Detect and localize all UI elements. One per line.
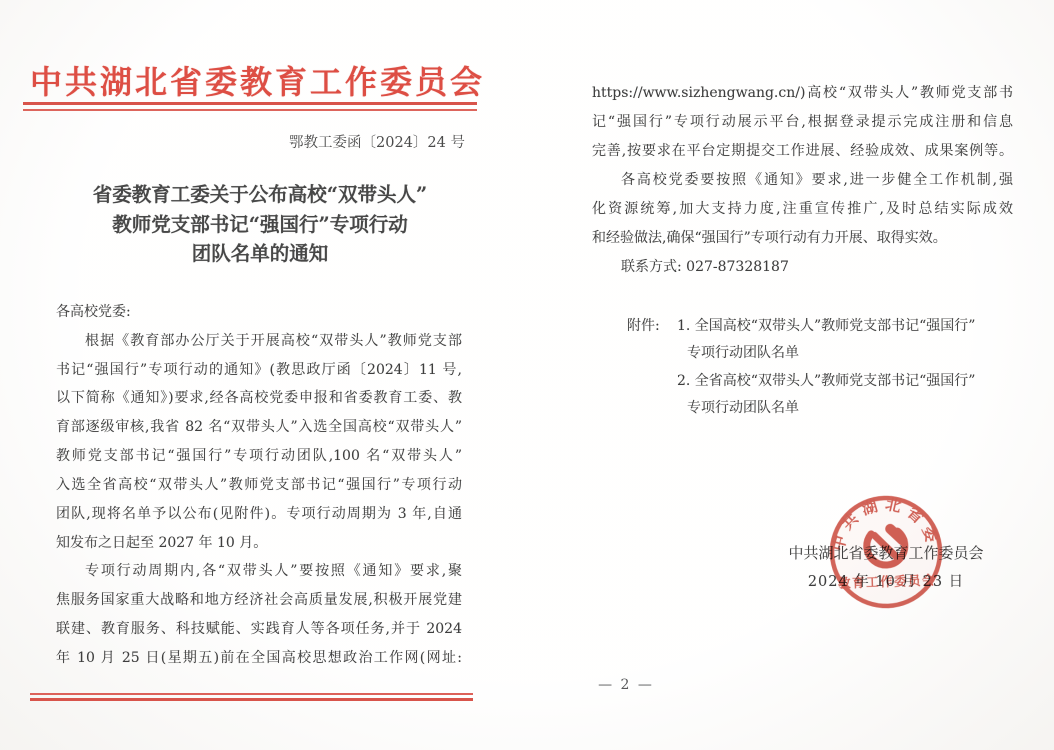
document-title: 省委教育工委关于公布高校“双带头人” 教师党支部书记“强国行”专项行动 团队名单… [45,180,475,269]
body-line: 书记“强国行”专项行动的通知》(教思政厅函〔2024〕11 号, [56,356,462,385]
contact-line: 联系方式: 027-87328187 [592,253,1013,282]
page1-body: 各高校党委: 根据《教育部办公厅关于开展高校“双带头人”教师党支部 书记“强国行… [56,298,462,673]
body-line: https://www.sizhengwang.cn/)高校“双带头人”教师党支… [592,79,1013,108]
body-line: 完善,按要求在平台定期提交工作进展、经验成效、成果案例等。 [592,137,1013,166]
page2-body: https://www.sizhengwang.cn/)高校“双带头人”教师党支… [592,79,1013,282]
body-line: 专项行动周期内,各“双带头人”要按照《通知》要求,聚 [56,557,462,586]
body-line: 团队,现将名单予以公布(见附件)。专项行动周期为 3 年,自通 [56,500,462,529]
body-line: 和经验做法,确保“强国行”专项行动有力开展、取得实效。 [592,224,1013,253]
body-line: 化资源统筹,加大支持力度,注重宣传推广,及时总结实际成效 [592,195,1013,224]
official-red-seal: 中共湖北省委 教育工作委员会 [803,469,968,634]
body-line: 联建、教育服务、科技赋能、实践育人等各项任务,并于 2024 [56,615,462,644]
attachment-label: 附件: [627,313,660,341]
title-line: 教师党支部书记“强国行”专项行动 [45,210,475,240]
title-line: 省委教育工委关于公布高校“双带头人” [45,180,475,210]
page1-footer-rule [30,693,473,701]
body-line: 知发布之日起至 2027 年 10 月。 [56,529,462,558]
red-letterhead-org: 中共湖北省委教育工作委员会 [30,57,480,103]
body-line: 根据《教育部办公厅关于开展高校“双带头人”教师党支部 [56,327,462,356]
body-line: 焦服务国家重大战略和地方经济社会高质量发展,积极开展党建 [56,586,462,615]
page-number: — 2 — [596,677,656,693]
scanned-document: 中共湖北省委教育工作委员会 鄂教工委函〔2024〕24 号 省委教育工委关于公布… [0,0,1054,750]
body-line: 年 10 月 25 日(星期五)前在全国高校思想政治工作网(网址: [56,644,462,673]
attachment-item-continuation: 专项行动团队名单 [687,340,799,368]
letterhead-double-rule [23,102,477,111]
body-line: 各高校党委要按照《通知》要求,进一步健全工作机制,强 [592,166,1013,195]
attachment-item-continuation: 专项行动团队名单 [687,395,799,423]
body-line: 记“强国行”专项行动展示平台,根据登录提示完成注册和信息 [592,108,1013,137]
title-line: 团队名单的通知 [45,239,475,269]
attachment-item: 1. 全国高校“双带头人”教师党支部书记“强国行” [677,313,975,341]
body-line: 入选全省高校“双带头人”教师党支部书记“强国行”专项行动 [56,471,462,500]
document-number: 鄂教工委函〔2024〕24 号 [262,131,492,152]
body-line: 以下简称《通知》)要求,经各高校党委申报和省委教育工委、教 [56,384,462,413]
body-line: 育部逐级审核,我省 82 名“双带头人”入选全国高校“双带头人” [56,413,462,442]
body-line: 教师党支部书记“强国行”专项行动团队,100 名“双带头人” [56,442,462,471]
salutation: 各高校党委: [56,298,462,327]
attachment-item: 2. 全省高校“双带头人”教师党支部书记“强国行” [677,368,975,396]
